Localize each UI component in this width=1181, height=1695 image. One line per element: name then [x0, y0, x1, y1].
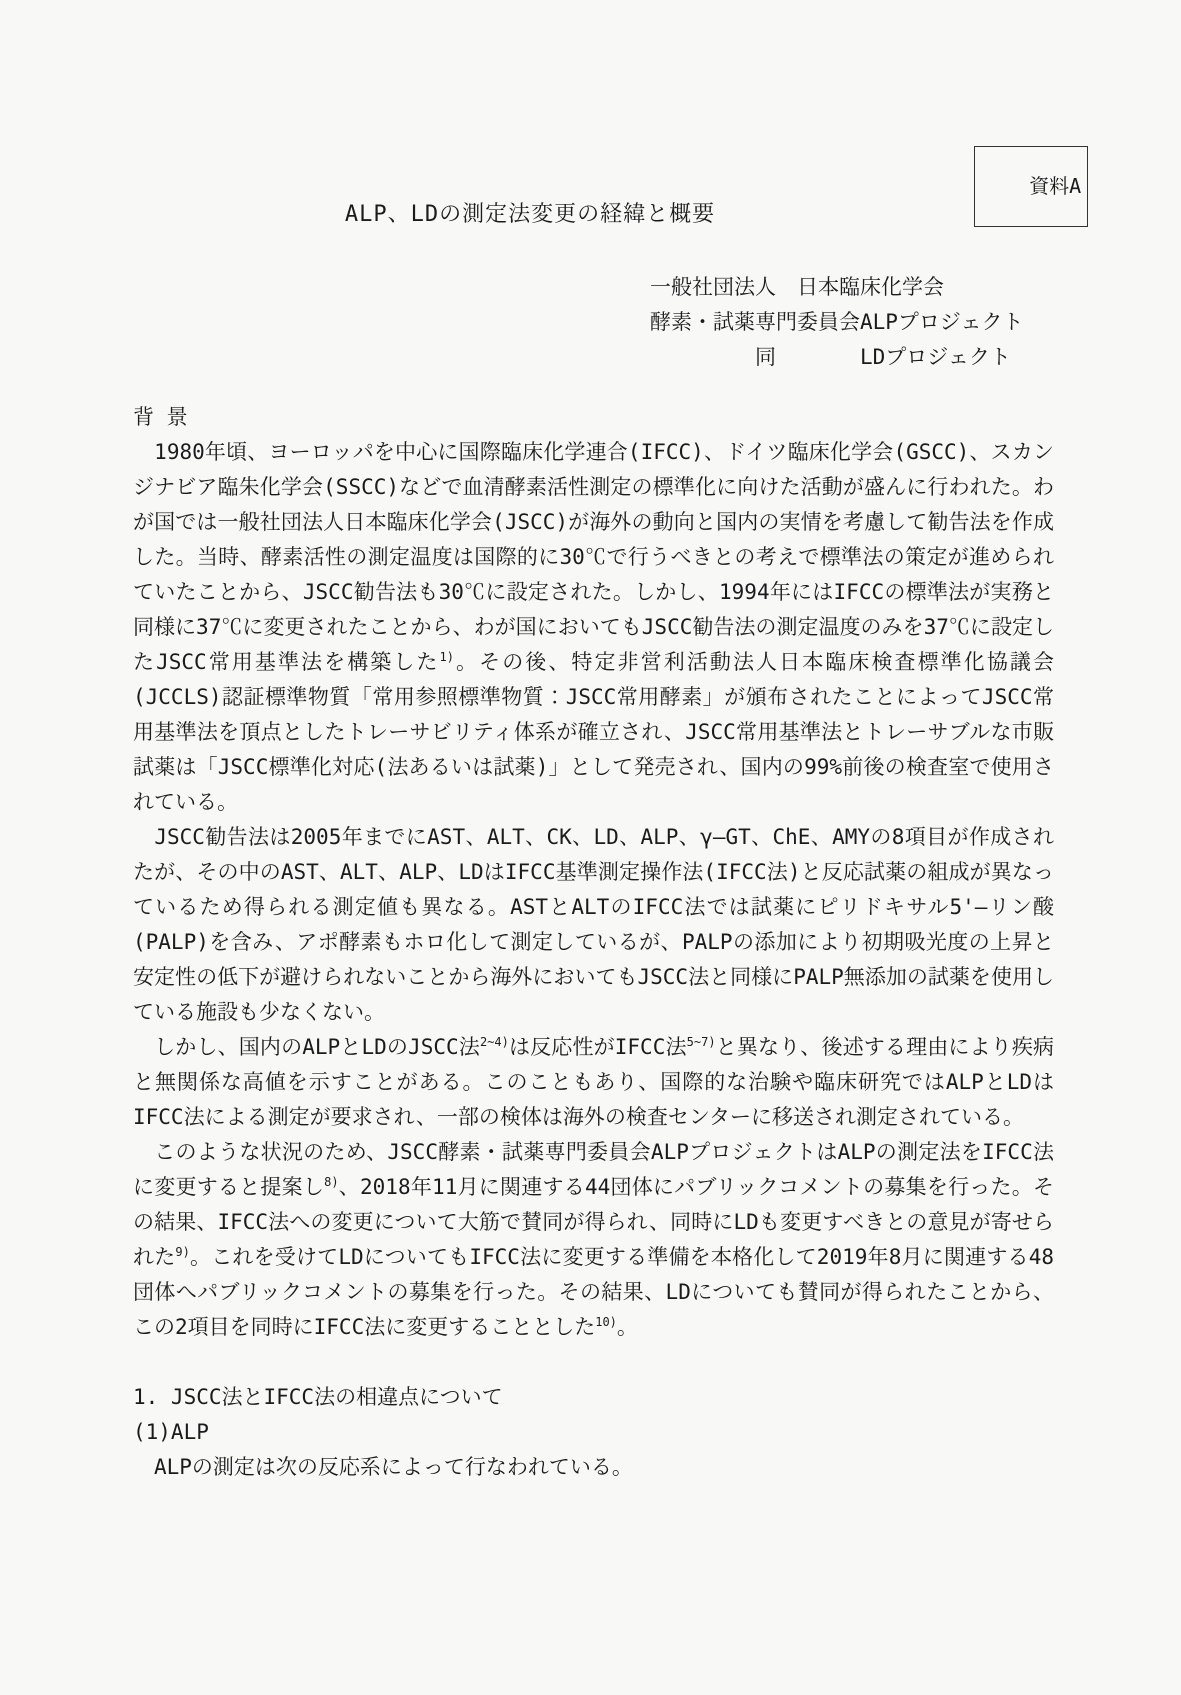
paragraph: このような状況のため、JSCC酵素・試薬専門委員会ALPプロジェクトはALPの測… [133, 1135, 1054, 1345]
paragraph-text: JSCC勧告法は2005年までにAST、ALT、CK、LD、ALP、γ―GT、C… [133, 825, 1054, 1024]
document-tag-label: 資料A [1029, 174, 1081, 198]
document-page: 資料A ALP、LDの測定法変更の経緯と概要 一般社団法人 日本臨床化学会 酵素… [0, 0, 1181, 1695]
paragraph-text: は反応性がIFCC法 [509, 1035, 687, 1059]
paragraph-text: 。これを受けてLDについてもIFCC法に変更する準備を本格化して2019年8月に… [133, 1245, 1054, 1339]
document-title: ALP、LDの測定法変更の経緯と概要 [0, 197, 1060, 228]
section-1-subheading: (1)ALP [133, 1415, 1054, 1450]
byline-organization: 一般社団法人 日本臨床化学会 [650, 270, 1024, 305]
footnote-ref: 9) [175, 1245, 189, 1259]
paragraph-text: 。その後、特定非営利活動法人日本臨床検査標準化協議会(JCCLS)認証標準物質「… [133, 650, 1054, 814]
byline-block: 一般社団法人 日本臨床化学会 酵素・試薬専門委員会ALPプロジェクト 同 LDプ… [650, 270, 1024, 375]
footnote-ref: 8) [324, 1175, 338, 1189]
paragraph-text: 1980年頃、ヨーロッパを中心に国際臨床化学連合(IFCC)、ドイツ臨床化学会(… [133, 440, 1054, 674]
section-1-heading: 1. JSCC法とIFCC法の相違点について [133, 1380, 1054, 1415]
background-paragraphs: 1980年頃、ヨーロッパを中心に国際臨床化学連合(IFCC)、ドイツ臨床化学会(… [133, 435, 1054, 1345]
background-heading: 背 景 [133, 400, 1054, 435]
footnote-ref: 2~4) [480, 1035, 509, 1049]
paragraph-text: しかし、国内のALPとLDのJSCC法 [133, 1035, 480, 1059]
byline-committee-ld: 同 LDプロジェクト [650, 340, 1024, 375]
footnote-ref: 10) [595, 1315, 617, 1329]
byline-committee-alp: 酵素・試薬専門委員会ALPプロジェクト [650, 305, 1024, 340]
section-1-body: ALPの測定は次の反応系によって行なわれている。 [133, 1450, 1054, 1485]
footnote-ref: 1) [440, 650, 454, 664]
footnote-ref: 5~7) [687, 1035, 716, 1049]
paragraph: JSCC勧告法は2005年までにAST、ALT、CK、LD、ALP、γ―GT、C… [133, 820, 1054, 1030]
paragraph: しかし、国内のALPとLDのJSCC法2~4)は反応性がIFCC法5~7)と異な… [133, 1030, 1054, 1135]
section-1-block: 1. JSCC法とIFCC法の相違点について (1)ALP ALPの測定は次の反… [133, 1380, 1054, 1485]
paragraph-text: 。 [617, 1315, 638, 1339]
document-body: 背 景 1980年頃、ヨーロッパを中心に国際臨床化学連合(IFCC)、ドイツ臨床… [133, 400, 1054, 1485]
paragraph: 1980年頃、ヨーロッパを中心に国際臨床化学連合(IFCC)、ドイツ臨床化学会(… [133, 435, 1054, 820]
